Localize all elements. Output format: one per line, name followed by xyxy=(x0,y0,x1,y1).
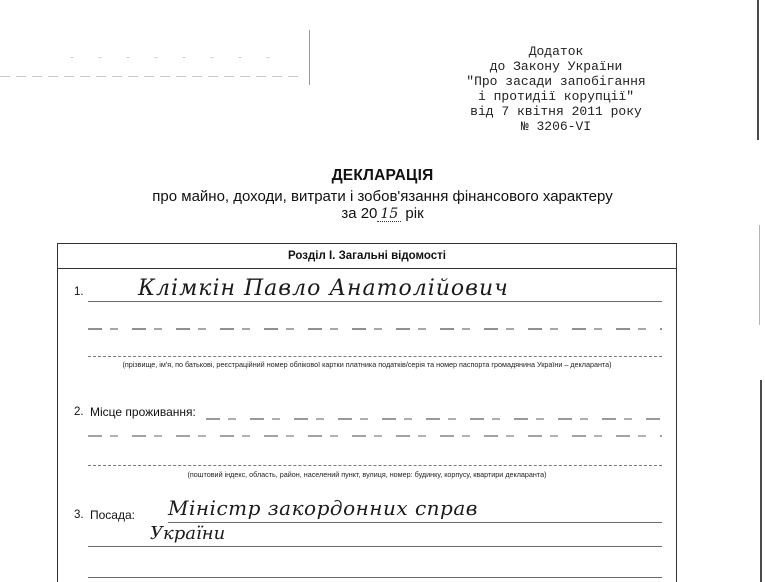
item-1-hint: (прізвище, ім'я, по батькові, реєстрацій… xyxy=(58,360,676,369)
annex-line: до Закону України xyxy=(440,59,672,74)
item-3-position-value-line-1: Міністр закордонних справ xyxy=(168,496,478,520)
scan-artifact-vertical-rule xyxy=(309,30,310,85)
year-prefix: за 20 xyxy=(341,205,377,222)
annex-line: від 7 квітня 2011 року xyxy=(440,104,672,119)
item-3-line-1 xyxy=(168,522,662,523)
item-3-label: Посада: xyxy=(90,508,135,522)
item-3-line-3 xyxy=(88,577,662,578)
year-suffix: рік xyxy=(405,205,423,222)
item-3-line-2 xyxy=(88,546,662,547)
section-heading: Розділ І. Загальні відомості xyxy=(58,244,676,269)
item-1-redacted-line xyxy=(88,328,662,330)
item-2-number: 2. xyxy=(74,406,84,418)
item-1-name-value: Клімкін Павло Анатолійович xyxy=(138,276,509,301)
item-3-number: 3. xyxy=(74,509,84,521)
annex-line: № 3206-VI xyxy=(440,119,672,134)
document-subtitle: про майно, доходи, витрати і зобов'язанн… xyxy=(0,188,765,205)
item-2-redacted-line-1 xyxy=(206,418,662,420)
item-2-label: Місце проживання: xyxy=(90,405,196,419)
item-2-line-3 xyxy=(88,465,662,466)
item-2-redacted-line-2 xyxy=(88,435,662,437)
item-2-hint: (поштовий індекс, область, район, населе… xyxy=(58,470,676,479)
item-3-position-value-line-2: України xyxy=(150,523,225,544)
year-handwritten-field: 15 xyxy=(377,208,401,222)
section-general-info: Розділ І. Загальні відомості 1. Клімкін … xyxy=(57,243,677,582)
document-title: ДЕКЛАРАЦІЯ xyxy=(0,167,765,185)
item-1-line-3 xyxy=(88,356,662,357)
item-1-number: 1. xyxy=(74,286,84,298)
annex-line: Додаток xyxy=(440,44,672,59)
annex-line: "Про засади запобігання xyxy=(440,74,672,89)
law-annex-reference: Додаток до Закону України "Про засади за… xyxy=(440,44,672,134)
scan-artifact-right-edge xyxy=(757,0,759,140)
declaration-year: за 2015 рік xyxy=(0,205,765,222)
annex-line: і протидії корупції" xyxy=(440,89,672,104)
item-1-line xyxy=(88,301,662,302)
scan-artifact-line xyxy=(0,76,300,77)
scan-artifact-right-edge-low xyxy=(760,380,762,582)
scan-artifact-dots xyxy=(70,57,280,58)
scan-artifact-right-edge-mid xyxy=(759,225,760,325)
